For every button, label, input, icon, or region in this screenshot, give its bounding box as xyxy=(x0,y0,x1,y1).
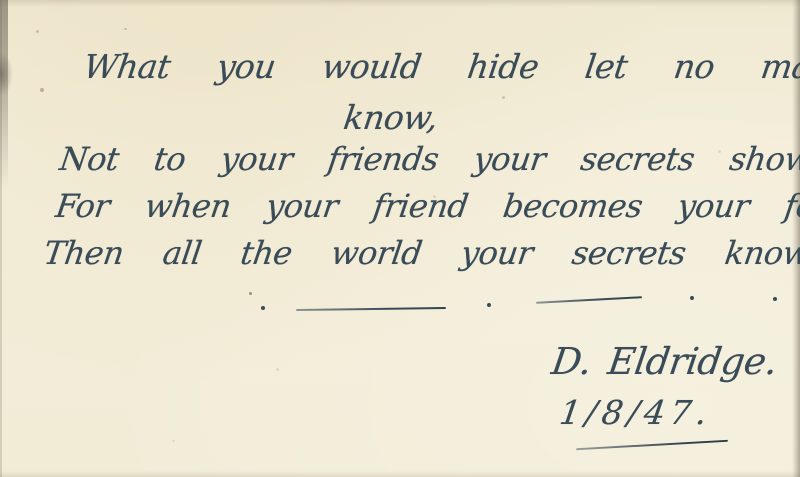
poem-line-2: know, xyxy=(342,101,440,134)
paper-speck xyxy=(172,440,175,442)
corner-smudge xyxy=(0,52,13,96)
flourish-dot xyxy=(773,297,777,301)
flourish-dot xyxy=(261,306,265,310)
flourish-dash xyxy=(296,307,446,311)
poem-line-4: For when your friend becomes your foe, xyxy=(54,190,800,222)
paper-speck xyxy=(124,28,127,30)
poem-line-5: Then all the world your secrets know xyxy=(42,237,800,269)
paper-speck xyxy=(502,96,505,99)
poem-line-1: What you would hide let no man xyxy=(82,50,800,83)
signature-date: 1/8/47. xyxy=(558,396,714,429)
scan-edge-top xyxy=(0,0,800,7)
signature-name: D. Eldridge. xyxy=(549,343,779,380)
poem-line-3: Not to your friends your secrets show, xyxy=(58,143,800,175)
paper-speck xyxy=(276,368,279,371)
paper-speck xyxy=(36,30,39,33)
signature-underline xyxy=(576,440,728,450)
flourish-dot xyxy=(690,296,694,300)
paper-speck xyxy=(40,88,44,92)
flourish-dash xyxy=(536,296,642,304)
flourish-dot xyxy=(487,303,491,307)
scan-edge-bottom xyxy=(0,471,800,477)
autograph-book-page: What you would hide let no man know, Not… xyxy=(0,0,800,477)
flourish-dot xyxy=(249,292,252,295)
